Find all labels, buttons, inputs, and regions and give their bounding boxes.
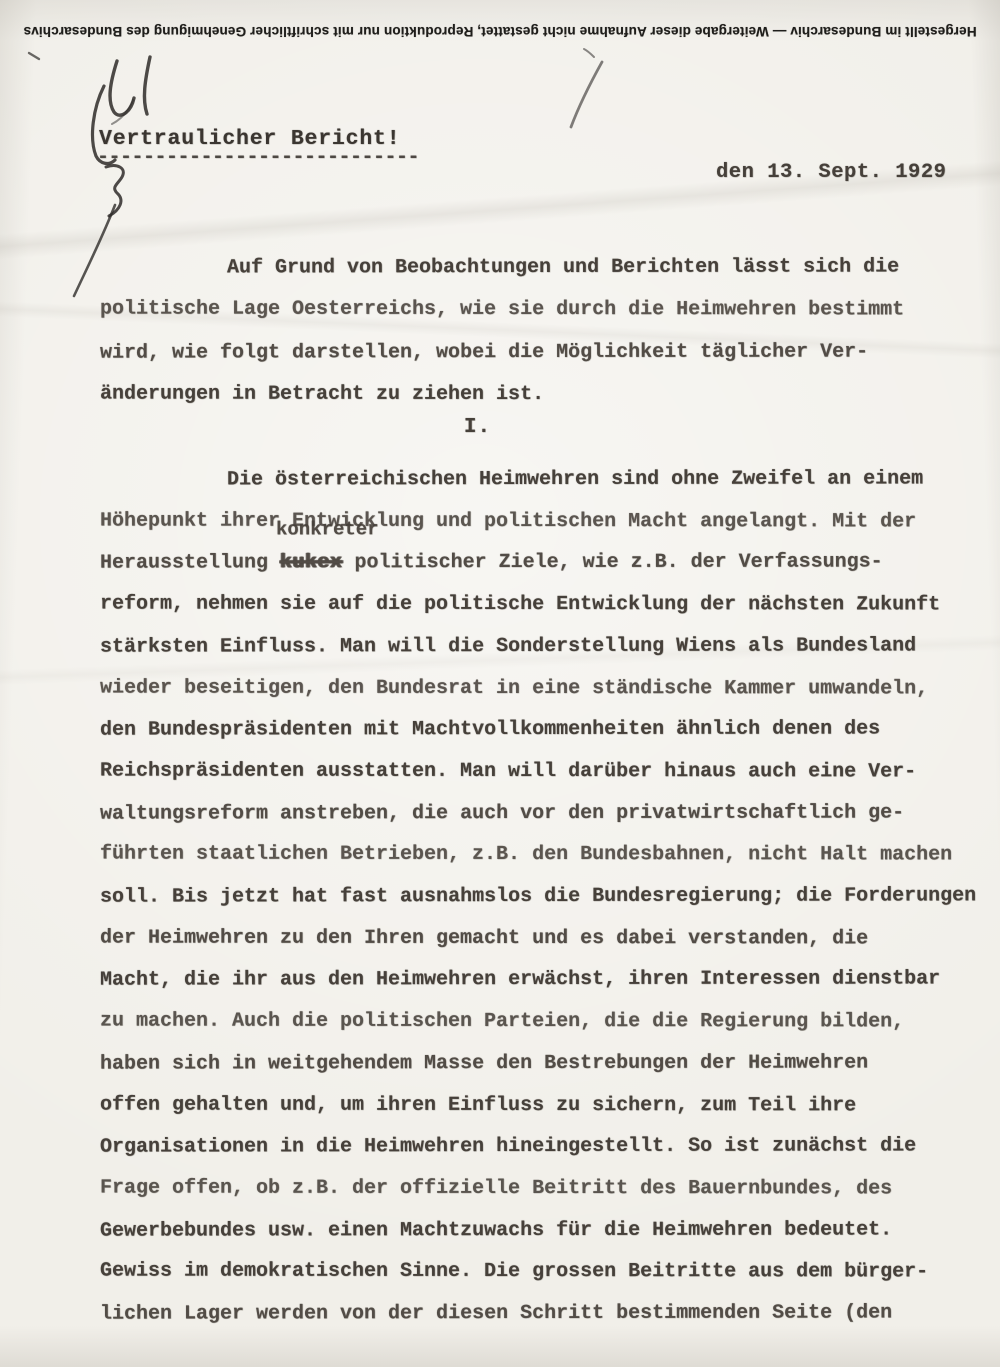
overtyped-word: kukexkonkreter [280,543,343,585]
section-one-paragraph: Die österreichischen Heimwehren sind ohn… [100,459,980,1335]
text-line: Auf Grund von Beobachtungen und Berichte… [100,246,980,290]
report-date: den 13. Sept. 1929 [716,161,946,184]
text-line: Reichspräsidenten ausstatten. Man will d… [100,750,980,793]
text-line: lichen Lager werden von der diesen Schri… [100,1292,980,1335]
title-underline: ---------------------------- [97,146,419,169]
text-line: Die österreichischen Heimwehren sind ohn… [100,458,980,501]
text-line: Herausstellung kukexkonkreter politische… [100,542,980,585]
text-line: reform, nehmen sie auf die politische En… [100,584,980,627]
paraph-squiggle [106,166,123,216]
line-text: Herausstellung [100,552,280,575]
document-page: Hergestellt im Bundesarchiv — Weitergabe… [0,0,1000,1367]
text-line: zu machen. Auch die politischen Parteien… [100,1001,980,1044]
small-edge-tick [29,53,39,59]
text-line: wieder beseitigen, den Bundesrat in eine… [100,667,980,710]
struck-word: kukex [280,552,343,575]
text-line: Gewiss im demokratischen Sinne. Die gros… [100,1251,980,1294]
opening-paragraph: Auf Grund von Beobachtungen und Berichte… [100,247,980,417]
text-line: offen gehalten und, um ihren Einfluss zu… [100,1084,980,1127]
text-line: Gewerbebundes usw. einen Machtzuwachs fü… [100,1209,980,1252]
reader-check-marks [144,57,150,114]
text-line: Organisationen in die Heimwehren hineing… [100,1126,980,1169]
text-line: Macht, die ihr aus den Heimwehren erwäch… [100,959,980,1002]
text-line: soll. Bis jetzt hat fast ausnahmslos die… [100,875,980,918]
archive-stamp-upside-down: Hergestellt im Bundesarchiv — Weitergabe… [15,24,985,39]
text-line: wird, wie folgt darstellen, wobei die Mö… [100,331,980,375]
reader-check-marks [112,100,133,124]
text-line: den Bundespräsidenten mit Machtvollkomme… [100,709,980,752]
text-line: Frage offen, ob z.B. der offizielle Beit… [100,1167,980,1210]
text-line: Höhepunkt ihrer Entwicklung und politisc… [100,500,980,543]
text-line: haben sich in weitgehendem Masse den Bes… [100,1042,980,1085]
diagonal-pen-stroke [571,62,602,127]
reader-check-marks [110,61,134,115]
text-line: stärksten Einfluss. Man will die Sonders… [100,625,980,668]
text-line: politische Lage Oesterreichs, wie sie du… [100,289,980,332]
diagonal-pen-stroke [584,49,594,57]
typed-insertion-above-line: konkreter [276,521,379,540]
section-heading: I. [0,416,955,439]
line-text: politischer Ziele, wie z.B. der Verfassu… [343,551,883,575]
text-line: der Heimwehren zu den Ihren gemacht und … [100,917,980,960]
text-line: führten staatlichen Betrieben, z.B. den … [100,834,980,877]
text-line: waltungsreform anstreben, die auch vor d… [100,792,980,835]
text-line: änderungen in Betracht zu ziehen ist. [100,374,980,417]
